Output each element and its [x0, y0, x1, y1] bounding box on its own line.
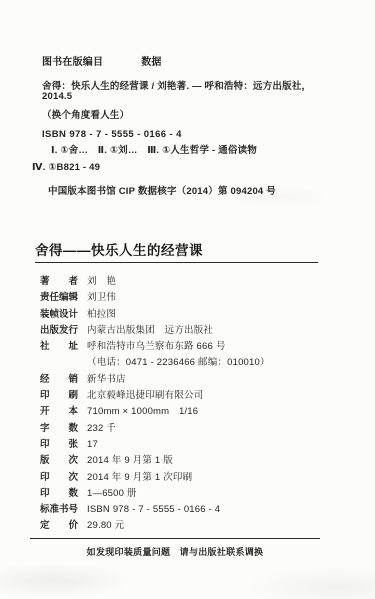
- detail-row-wordcount: 字 数 232 千: [40, 421, 339, 437]
- footer: 如发现印装质量问题 请与出版社联系调换: [30, 538, 320, 558]
- detail-row-format: 开 本 710mm × 1000mm 1/16: [40, 404, 339, 420]
- detail-label: 印 数: [40, 486, 78, 502]
- detail-value: 刘 艳: [87, 274, 116, 290]
- detail-row-editor: 责任编辑 刘卫伟: [40, 290, 339, 306]
- detail-value: ISBN 978 - 7 - 5555 - 0166 - 4: [87, 502, 220, 518]
- cip-classification-line-2: Ⅳ. ①B821 - 49: [32, 163, 339, 173]
- detail-label: 责任编辑: [40, 290, 78, 306]
- detail-row-address: 社 址 呼和浩特市乌兰察布东路 666 号: [40, 339, 339, 355]
- detail-label: 标准书号: [40, 502, 78, 518]
- detail-label: 版 次: [40, 453, 78, 469]
- book-copyright-page: 图书在版编目数据 舍得：快乐人生的经营课 / 刘艳著. — 呼和浩特：远方出版社…: [0, 0, 375, 599]
- detail-row-impression: 印 次 2014 年 9 月第 1 次印刷: [40, 470, 339, 486]
- detail-value: 1—6500 册: [87, 486, 137, 502]
- title-rule: [35, 262, 318, 263]
- cip-block: 图书在版编目数据 舍得：快乐人生的经营课 / 刘艳著. — 呼和浩特：远方出版社…: [0, 0, 375, 197]
- detail-value: 内蒙古出版集团 远方出版社: [87, 323, 213, 339]
- detail-row-edition: 版 次 2014 年 9 月第 1 版: [40, 453, 339, 469]
- detail-value: 17: [87, 437, 98, 453]
- detail-value: 柏拉图: [87, 307, 116, 323]
- detail-label: 印 次: [40, 470, 78, 486]
- cip-series-line: （换个角度看人生）: [42, 111, 339, 121]
- detail-label: 经 销: [40, 372, 78, 388]
- detail-row-design: 装帧设计 柏拉图: [40, 307, 339, 323]
- footer-notice: 如发现印装质量问题 请与出版社联系调换: [30, 545, 320, 558]
- cip-classification-line-1: Ⅰ. ①舍… Ⅱ. ①刘… Ⅲ. ①人生哲学 - 通俗读物: [51, 146, 339, 156]
- detail-row-sheets: 印 张 17: [40, 437, 339, 453]
- detail-label: 印 刷: [40, 388, 78, 404]
- title-block: 舍得——快乐人生的经营课: [35, 244, 318, 264]
- detail-value: 北京毅峰迅捷印刷有限公司: [87, 388, 203, 404]
- detail-value: 刘卫伟: [87, 290, 116, 306]
- detail-value: 232 千: [87, 421, 116, 437]
- detail-label: 出版发行: [40, 323, 78, 339]
- footer-rule: [30, 538, 320, 539]
- detail-value: 呼和浩特市乌兰察布东路 666 号: [87, 339, 226, 355]
- detail-row-phone: （电话：0471 - 2236466 邮编：010010）: [40, 355, 339, 371]
- detail-label: 开 本: [40, 404, 78, 420]
- cip-header: 图书在版编目数据: [42, 58, 339, 68]
- detail-row-isbn: 标准书号 ISBN 978 - 7 - 5555 - 0166 - 4: [40, 502, 339, 518]
- detail-label: 社 址: [40, 339, 78, 355]
- detail-label: 著 者: [40, 274, 78, 290]
- detail-row-author: 著 者 刘 艳: [40, 274, 339, 290]
- detail-row-publisher: 出版发行 内蒙古出版集团 远方出版社: [40, 323, 339, 339]
- book-title: 舍得——快乐人生的经营课: [35, 244, 318, 258]
- detail-value: （电话：0471 - 2236466 邮编：010010）: [87, 355, 270, 371]
- detail-row-price: 定 价 29.80 元: [40, 518, 339, 534]
- cip-book-line: 舍得：快乐人生的经营课 / 刘艳著. — 呼和浩特：远方出版社，2014.5: [42, 82, 339, 101]
- cip-header-right: 数据: [141, 57, 161, 68]
- detail-value: 2014 年 9 月第 1 版: [87, 453, 173, 469]
- detail-value: 2014 年 9 月第 1 次印刷: [87, 470, 192, 486]
- cip-header-left: 图书在版编目: [42, 57, 103, 68]
- cip-registry-line: 中国版本图书馆 CIP 数据核字（2014）第 094204 号: [48, 187, 339, 197]
- detail-value: 710mm × 1000mm 1/16: [87, 404, 198, 420]
- detail-label: 字 数: [40, 421, 78, 437]
- detail-row-distributor: 经 销 新华书店: [40, 372, 339, 388]
- detail-value: 新华书店: [87, 372, 126, 388]
- detail-row-printer: 印 刷 北京毅峰迅捷印刷有限公司: [40, 388, 339, 404]
- detail-label: 定 价: [40, 518, 78, 534]
- detail-row-printrun: 印 数 1—6500 册: [40, 486, 339, 502]
- detail-label: 装帧设计: [40, 307, 78, 323]
- detail-label: 印 张: [40, 437, 78, 453]
- cip-isbn-line: ISBN 978 - 7 - 5555 - 0166 - 4: [42, 130, 339, 140]
- detail-value: 29.80 元: [87, 518, 124, 534]
- publication-details: 著 者 刘 艳 责任编辑 刘卫伟 装帧设计 柏拉图 出版发行 内蒙古出版集团 远…: [40, 274, 339, 535]
